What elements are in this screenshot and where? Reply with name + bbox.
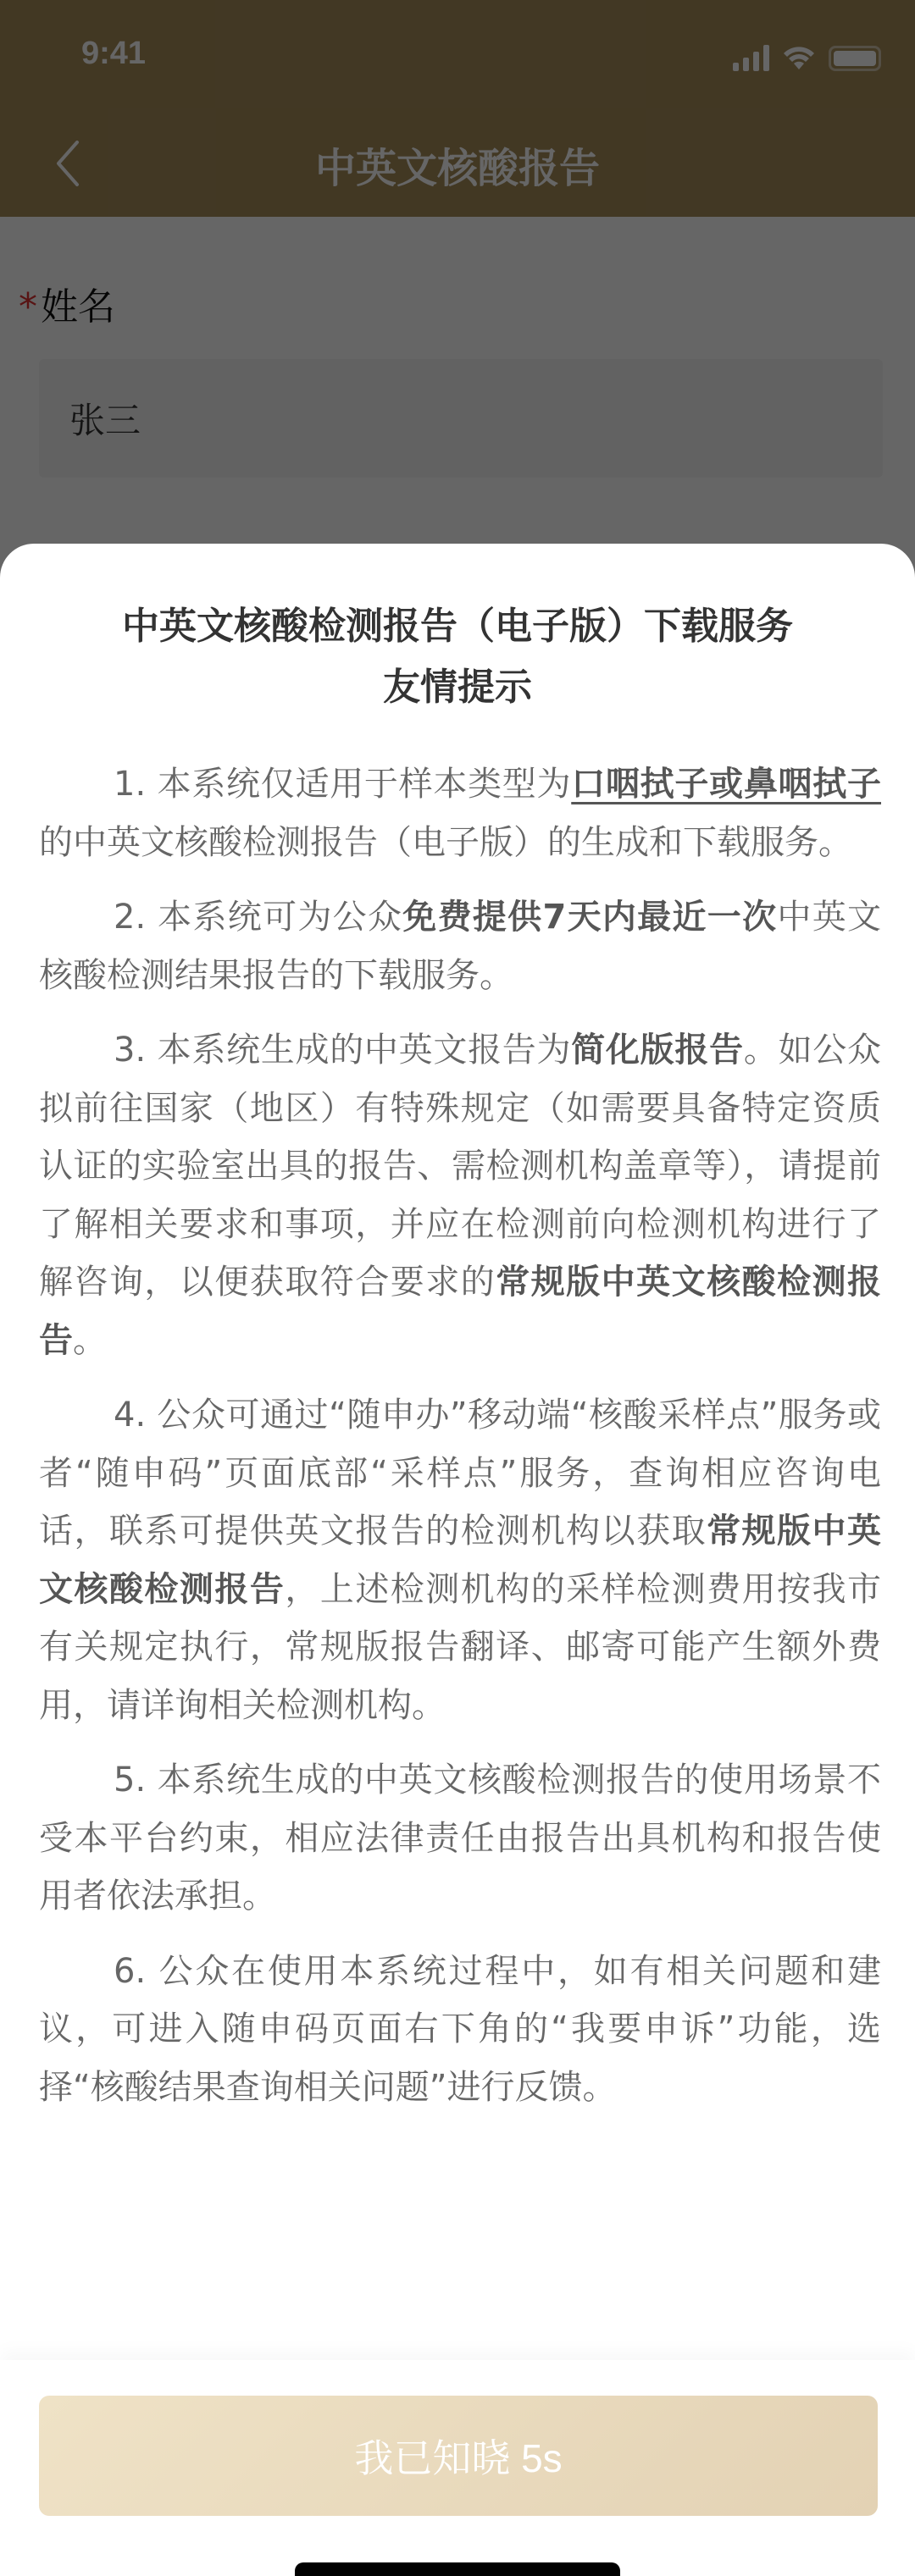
notice-paragraph-4: 4. 公众可通过“随申办”移动端“核酸采样点”服务或者“随申码”页面底部“采样点… [39,1386,881,1734]
paragraph-segment: 1. 本系统仅适用于样本类型为 [114,765,571,804]
paragraph-segment: 。 [73,1321,107,1360]
screen: 9:41 中英文核酸报告 *姓 [0,0,915,2576]
notice-paragraph-5: 5. 本系统生成的中英文核酸检测报告的使用场景不受本平台约束，相应法律责任由报告… [39,1751,881,1926]
notice-modal: 中英文核酸检测报告（电子版）下载服务 友情提示 1. 本系统仅适用于样本类型为口… [0,544,915,2576]
modal-footer: 我已知晓 5s [0,2360,915,2576]
paragraph-segment: 2. 本系统可为公众 [114,898,402,937]
paragraph-segment: 3. 本系统生成的中英文报告为 [114,1031,571,1070]
acknowledge-button[interactable]: 我已知晓 5s [39,2396,878,2516]
paragraph-segment: 免费提供7天内最近一次 [402,898,777,937]
paragraph-segment: 的中英文核酸检测报告（电子版）的生成和下载服务。 [39,823,852,862]
paragraph-segment: 6. 公众在使用本系统过程中，如有相关问题和建议，可进入随申码页面右下角的“我要… [39,1952,881,2107]
paragraph-segment: 口咽拭子或鼻咽拭子 [571,765,881,804]
paragraph-segment: 简化版报告 [571,1031,744,1070]
modal-body: 1. 本系统仅适用于样本类型为口咽拭子或鼻咽拭子的中英文核酸检测报告（电子版）的… [39,755,881,2133]
notice-paragraph-3: 3. 本系统生成的中英文报告为简化版报告。如公众拟前往国家（地区）有特殊规定（如… [39,1021,881,1369]
paragraph-segment: 5. 本系统生成的中英文核酸检测报告的使用场景不受本平台约束，相应法律责任由报告… [39,1761,881,1915]
paragraph-segment: 。如公众拟前往国家（地区）有特殊规定（如需要具备特定资质认证的实验室出具的报告、… [39,1031,881,1302]
home-indicator [295,2562,620,2576]
notice-paragraph-6: 6. 公众在使用本系统过程中，如有相关问题和建议，可进入随申码页面右下角的“我要… [39,1943,881,2117]
modal-title-line1: 中英文核酸检测报告（电子版）下载服务 [0,596,915,657]
notice-paragraph-2: 2. 本系统可为公众免费提供7天内最近一次中英文核酸检测结果报告的下载服务。 [39,888,881,1004]
modal-title: 中英文核酸检测报告（电子版）下载服务 友情提示 [0,596,915,718]
notice-paragraph-1: 1. 本系统仅适用于样本类型为口咽拭子或鼻咽拭子的中英文核酸检测报告（电子版）的… [39,755,881,871]
modal-title-line2: 友情提示 [0,657,915,718]
